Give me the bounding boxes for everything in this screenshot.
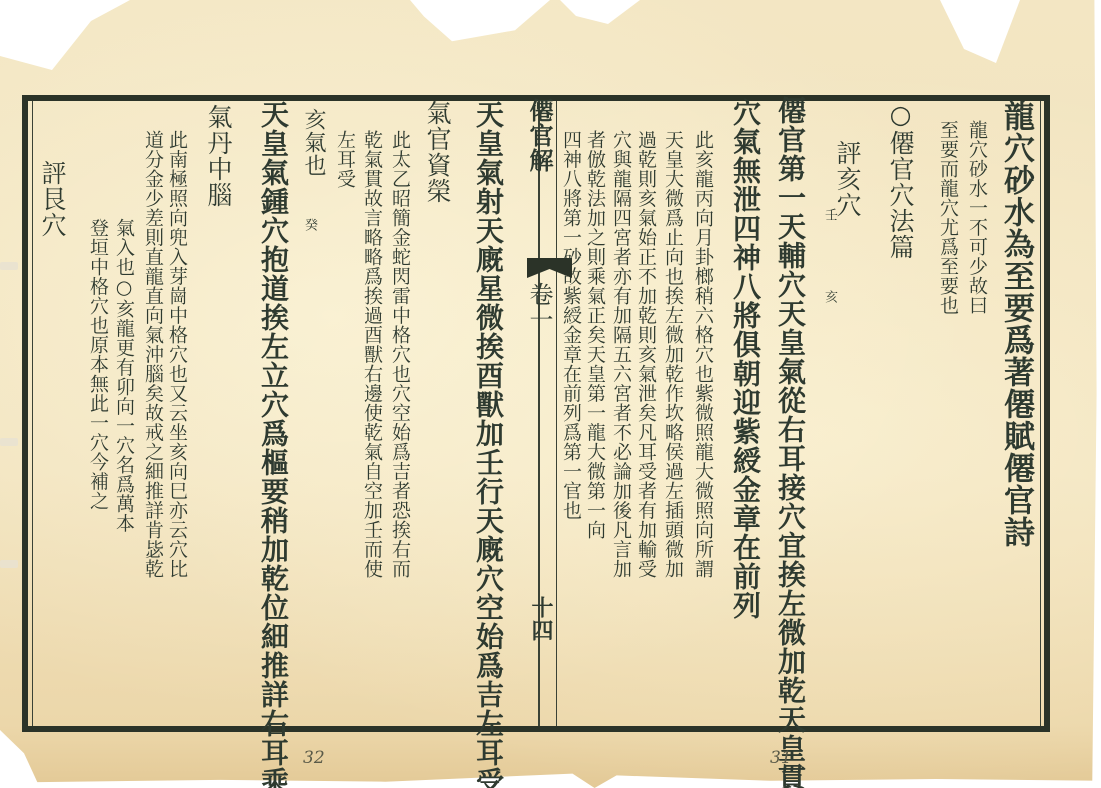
commentary-column: 者倣乾法加之則乘氣正矣天皇第一龍大微第一向 bbox=[585, 130, 604, 540]
commentary-column: 登垣中格穴也原本無此一穴今補之 bbox=[88, 218, 107, 511]
text-fragment: 亥氣也 bbox=[302, 108, 324, 177]
inner-rule bbox=[32, 101, 33, 726]
text-column: 至要而龍穴尤爲至要也 bbox=[938, 120, 957, 315]
text-column-main: 穴氣無泄四神八將俱朝迎紫綬金章在前列 bbox=[731, 98, 759, 620]
binding-mark bbox=[0, 262, 18, 270]
small-annotation: 癸 bbox=[303, 218, 316, 231]
document-scan: 龍穴砂水為至要爲著僊賦僊官詩 龍穴砂水一不可少故曰 至要而龍穴尤爲至要也 ○僊官… bbox=[0, 0, 1101, 788]
text-column-main: 天皇氣射天廐星微挨酉獸加壬行天廐穴空始爲吉左耳受 bbox=[474, 100, 502, 788]
commentary-column: 此南極照向兜入芽崗中格穴也又云坐亥向巳亦云穴比 bbox=[167, 130, 186, 579]
subsection-title: 評亥穴 bbox=[835, 140, 860, 218]
subsection-title: 評艮穴 bbox=[40, 160, 65, 238]
commentary-column: 過乾則亥氣始正不加乾則亥氣泄矣凡耳受者有加輸受 bbox=[636, 130, 655, 579]
text-column-main: 僊官第一天輔穴天皇氣從右耳接穴宜挨左微加乾天皇貫 bbox=[776, 96, 804, 788]
commentary-column: 乾氣貫故言略略爲挨過酉獸右邊使乾氣自空加壬而使 bbox=[362, 130, 381, 579]
subsection-title: 氣丹中腦 bbox=[206, 104, 231, 208]
page-number-right: 31 bbox=[770, 748, 792, 768]
leaf-number: 十四 bbox=[530, 596, 552, 642]
center-margin-title: 僊官解 bbox=[527, 98, 551, 173]
small-annotation: 壬 bbox=[823, 208, 836, 221]
commentary-column: 四神八將第一砂故紫綬金章在前列爲第一官也 bbox=[561, 130, 580, 520]
commentary-column: 左耳受 bbox=[335, 130, 354, 189]
commentary-column: 此亥龍丙向月卦榔稍六格穴也紫微照龍大微照向所謂 bbox=[693, 130, 712, 579]
commentary-column: 穴與龍隔四宮者亦有加隔五六宮者不必論加後凡言加 bbox=[611, 130, 630, 579]
center-fold-rule-right bbox=[556, 101, 557, 726]
page-number-left: 32 bbox=[303, 748, 325, 768]
binding-mark bbox=[0, 438, 18, 446]
commentary-column: 此太乙昭簡金蛇閃雷中格穴也穴空始爲吉者恐挨右而 bbox=[390, 130, 409, 579]
text-column-main: 天皇氣鍾穴抱道挨左立穴爲樞要稍加乾位細推詳右耳乘 bbox=[259, 100, 287, 788]
commentary-column: 天皇大微爲止向也挨左微加乾作坎略侯過左插頭微加 bbox=[663, 130, 682, 579]
volume-label: 卷一 bbox=[527, 282, 551, 332]
commentary-column: 道分金少差則直龍直向氣沖腦矣故戒之細推詳肯毖乾 bbox=[143, 130, 162, 579]
inner-rule bbox=[1040, 101, 1041, 726]
section-title: ○僊官穴法篇 bbox=[888, 100, 913, 260]
subsection-title: 氣官資榮 bbox=[425, 100, 450, 204]
small-annotation: 亥 bbox=[823, 290, 836, 303]
commentary-column: 氣入也○亥龍更有卯向一穴名爲萬本 bbox=[114, 218, 133, 533]
text-column-heading: 龍穴砂水為至要爲著僊賦僊官詩 bbox=[1000, 100, 1031, 548]
binding-mark bbox=[0, 560, 18, 568]
text-column: 龍穴砂水一不可少故曰 bbox=[967, 120, 986, 315]
